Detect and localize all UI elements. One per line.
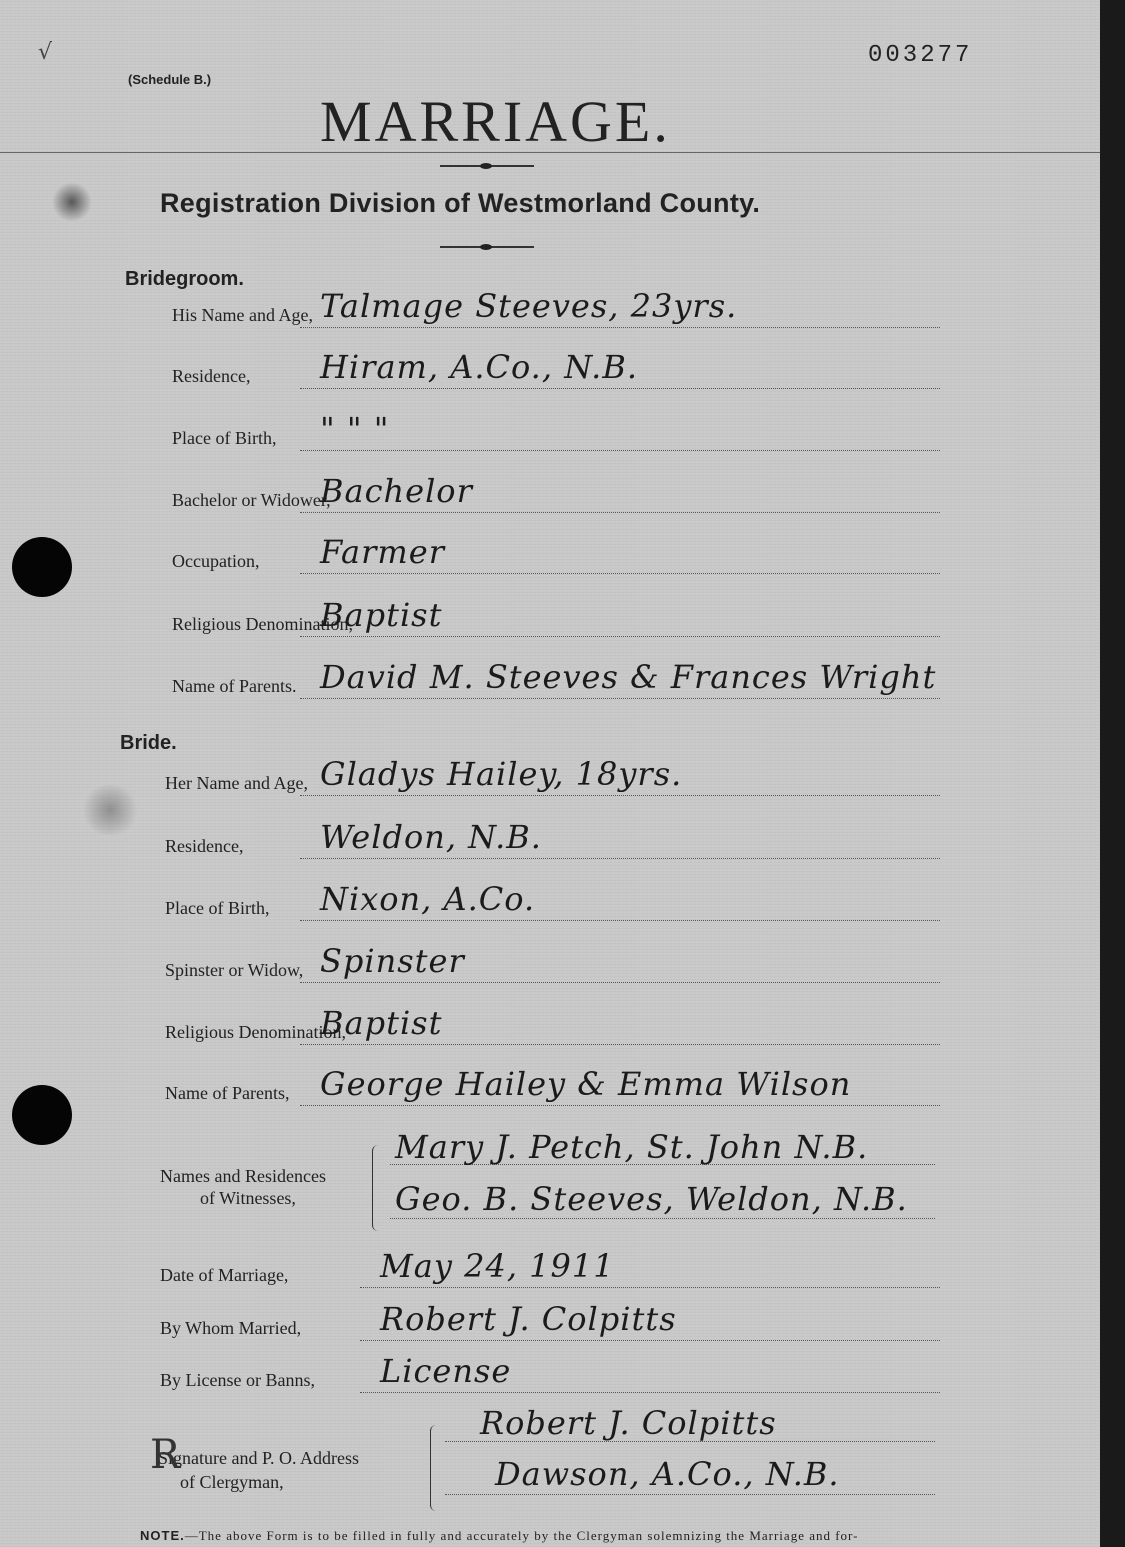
field-label: Place of Birth,: [165, 898, 269, 919]
note-text: —The above Form is to be filled in fully…: [185, 1528, 859, 1543]
field-label: Name of Parents.: [172, 676, 296, 697]
field-label: Place of Birth,: [172, 428, 276, 449]
field-label: Spinster or Widow,: [165, 960, 303, 981]
clergyman-label-line2: of Clergyman,: [180, 1472, 284, 1493]
dotted-line: [300, 920, 940, 921]
dotted-line: [300, 698, 940, 699]
punch-hole: [12, 537, 72, 597]
field-label: By License or Banns,: [160, 1370, 315, 1391]
bridegroom-heading: Bridegroom.: [125, 268, 244, 291]
field-label: Her Name and Age,: [165, 773, 308, 794]
witnesses-label-line1: Names and Residences: [160, 1166, 326, 1187]
document-number: 003277: [868, 42, 972, 69]
field-label: Name of Parents,: [165, 1083, 289, 1104]
dotted-line: [360, 1287, 940, 1288]
field-label: Residence,: [165, 836, 243, 857]
dotted-line: [390, 1218, 935, 1219]
initials-mark: R: [150, 1432, 181, 1478]
field-value: License: [380, 1352, 511, 1390]
witness-2-value: Geo. B. Steeves, Weldon, N.B.: [395, 1180, 908, 1218]
brace: [372, 1145, 381, 1231]
scan-edge: [1100, 0, 1125, 1547]
footer-note: NOTE.—The above Form is to be filled in …: [140, 1528, 858, 1544]
field-value: Baptist: [320, 1004, 442, 1042]
field-label: By Whom Married,: [160, 1318, 301, 1339]
field-label: Residence,: [172, 366, 250, 387]
dotted-line: [300, 327, 940, 328]
field-label: Date of Marriage,: [160, 1265, 288, 1286]
ornament-divider: [440, 244, 534, 250]
field-label: Religious Denomination,: [165, 1022, 346, 1043]
dotted-line: [300, 1044, 940, 1045]
ornament-divider: [440, 163, 534, 169]
marriage-record-page: √ 003277 (Schedule B.) MARRIAGE. Registr…: [0, 0, 1100, 1547]
smudge: [80, 785, 140, 835]
check-mark: √: [38, 40, 52, 65]
field-label: Occupation,: [172, 551, 259, 572]
field-value: Bachelor: [320, 472, 473, 510]
witness-1-value: Mary J. Petch, St. John N.B.: [395, 1128, 868, 1166]
dotted-line: [300, 573, 940, 574]
field-value: Hiram, A.Co., N.B.: [320, 348, 638, 386]
dotted-line: [360, 1392, 940, 1393]
divider: [0, 152, 1100, 153]
field-value: George Hailey & Emma Wilson: [320, 1065, 851, 1103]
dotted-line: [360, 1340, 940, 1341]
note-prefix: NOTE.: [140, 1528, 185, 1543]
clergyman-signature-value: Robert J. Colpitts: [480, 1404, 777, 1442]
registration-division-heading: Registration Division of Westmorland Cou…: [160, 188, 760, 219]
field-value: Gladys Hailey, 18yrs.: [320, 755, 682, 793]
dotted-line: [445, 1494, 935, 1495]
dotted-line: [300, 1105, 940, 1106]
dotted-line: [300, 858, 940, 859]
dotted-line: [300, 388, 940, 389]
field-value: Weldon, N.B.: [320, 818, 542, 856]
clergyman-address-value: Dawson, A.Co., N.B.: [495, 1455, 840, 1493]
brace: [430, 1425, 439, 1511]
field-label: Bachelor or Widower,: [172, 490, 331, 511]
dotted-line: [300, 512, 940, 513]
field-value: Talmage Steeves, 23yrs.: [320, 287, 737, 325]
page-title: MARRIAGE.: [320, 88, 671, 155]
field-value: Farmer: [320, 533, 445, 571]
field-value: Robert J. Colpitts: [380, 1300, 677, 1338]
field-value: Baptist: [320, 596, 442, 634]
dotted-line: [300, 636, 940, 637]
field-value: David M. Steeves & Frances Wright: [320, 658, 936, 696]
dotted-line: [300, 982, 940, 983]
field-value: Spinster: [320, 942, 465, 980]
dotted-line: [300, 450, 940, 451]
bride-heading: Bride.: [120, 732, 177, 755]
field-value: " " ": [320, 410, 390, 448]
witnesses-label-line2: of Witnesses,: [200, 1188, 296, 1209]
field-value: May 24, 1911: [380, 1247, 615, 1285]
dotted-line: [300, 795, 940, 796]
field-value: Nixon, A.Co.: [320, 880, 535, 918]
field-label: His Name and Age,: [172, 305, 313, 326]
schedule-label: (Schedule B.): [128, 72, 211, 87]
clergyman-label-line1: Signature and P. O. Address: [158, 1448, 359, 1469]
punch-hole: [12, 1085, 72, 1145]
smudge: [52, 182, 92, 222]
